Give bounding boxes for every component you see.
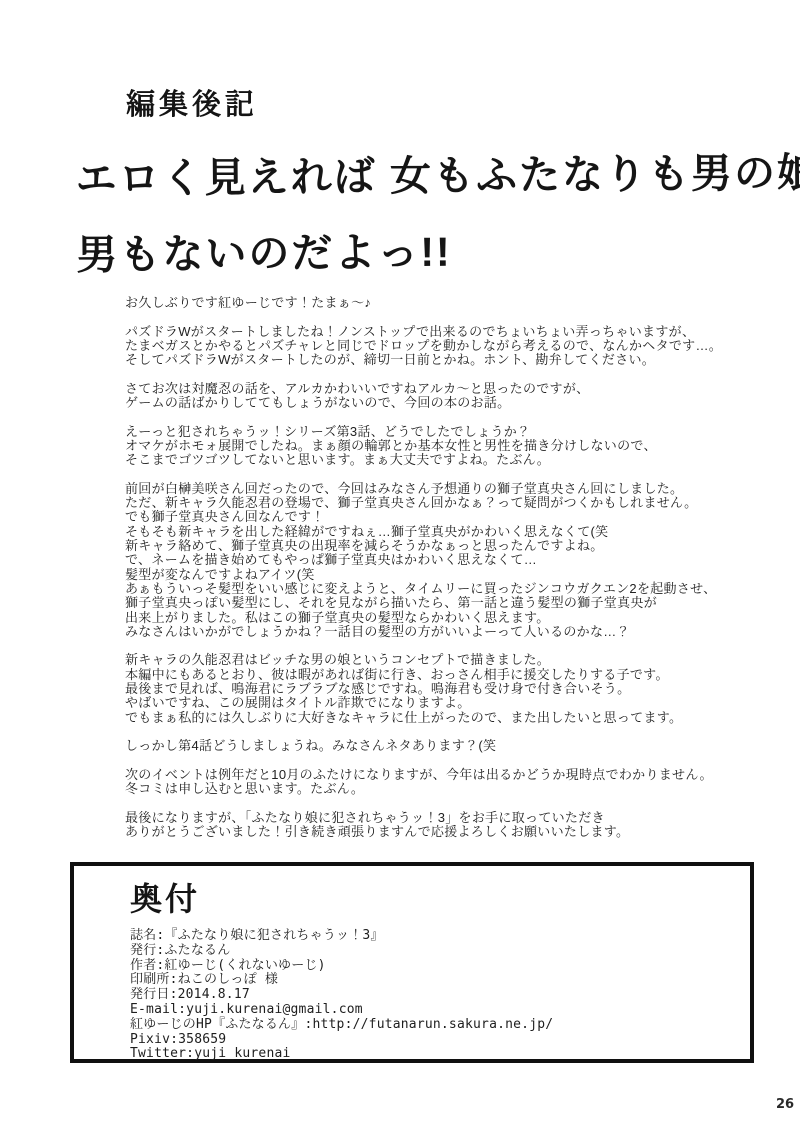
body-text-line: 冬コミは申し込むと思います。たぶん。 (125, 782, 722, 796)
body-text-line: 新キャラの久能忍君はビッチな男の娘というコンセプトで描きました。 (125, 653, 722, 667)
body-text-line: そしてパズドラWがスタートしたのが、締切一日前とかね。ホント、勘弁してください。 (125, 353, 722, 367)
body-text-line: 最後まで見れば、鳴海君にラブラブな感じですね。鳴海君も受け身で付き合いそう。 (125, 682, 722, 696)
body-text-line (125, 639, 722, 653)
handwritten-headline: エロく見えれば 女もふたなりも男の娘も 男もないのだよっ!! (75, 135, 776, 293)
body-text-line: そこまでゴツゴツしてないと思います。まぁ大丈夫ですよね。たぶん。 (125, 453, 722, 467)
body-text-line: たまベガスとかやるとパズチャレと同じでドロップを動かしながら考えるので、なんかヘ… (125, 339, 722, 353)
body-text-line: 次のイベントは例年だと10月のふたけになりますが、今年は出るかどうか現時点でわか… (125, 768, 722, 782)
colophon-line: 印刷所:ねこのしっぽ 様 (130, 973, 750, 988)
body-text-line: 獅子堂真央っぽい髪型にし、それを見ながら描いたら、第一話と違う髪型の獅子堂真央が (125, 596, 722, 610)
section-title: 編集後記 (126, 82, 258, 123)
colophon-line: 発行:ふたなるん (130, 944, 750, 959)
body-text-line: あぁもういっそ髪型をいい感じに変えようと、タイムリーに買ったジンコウガクエン2を… (125, 582, 722, 596)
body-text-line: えーっと犯されちゃうッ！シリーズ第3話、どうでしたでしょうか？ (125, 425, 722, 439)
colophon-content: 奥付 誌名:『ふたなり娘に犯されちゃうッ！3』発行:ふたなるん作者:紅ゆーじ(く… (74, 866, 750, 1062)
body-text-line: しっかし第4話どうしましょうね。みなさんネタあります？(笑 (125, 739, 722, 753)
body-text-line: 前回が白榊美咲さん回だったので、今回はみなさん予想通りの獅子堂真央さん回にしまし… (125, 482, 722, 496)
afterword-body-text: お久しぶりです紅ゆーじです！たまぁ～♪ パズドラWがスタートしましたね！ノンスト… (125, 296, 722, 839)
body-text-line: でも獅子堂真央さん回なんです！ (125, 510, 722, 524)
body-text-line: みなさんはいかがでしょうかね？一話目の髪型の方がいいよーって人いるのかな…？ (125, 625, 722, 639)
body-text-line: お久しぶりです紅ゆーじです！たまぁ～♪ (125, 296, 722, 310)
body-text-line: 出来上がりました。私はこの獅子堂真央の髪型ならかわいく思えます。 (125, 611, 722, 625)
body-text-line: でもまぁ私的には久しぶりに大好きなキャラに仕上がったので、また出したいと思ってま… (125, 711, 722, 725)
body-text-line: ただ、新キャラ久能忍君の登場で、獅子堂真央さん回かなぁ？って疑問がつくかもしれま… (125, 496, 722, 510)
body-text-line: 髪型が変なんですよねアイツ(笑 (125, 568, 722, 582)
colophon-list: 誌名:『ふたなり娘に犯されちゃうッ！3』発行:ふたなるん作者:紅ゆーじ(くれない… (130, 929, 750, 1062)
body-text-line: やばいですね、この展開はタイトル詐欺でになりますよ。 (125, 696, 722, 710)
body-text-line: ゲームの話ばかりしててもしょうがないので、今回の本のお話。 (125, 396, 722, 410)
colophon-box: 奥付 誌名:『ふたなり娘に犯されちゃうッ！3』発行:ふたなるん作者:紅ゆーじ(く… (70, 862, 754, 1063)
colophon-line: Pixiv:358659 (130, 1033, 750, 1048)
colophon-line: 発行日:2014.8.17 (130, 988, 750, 1003)
headline-line-1: エロく見えれば 女もふたなりも男の娘も (75, 135, 776, 217)
body-text-line: さてお次は対魔忍の話を、アルカかわいいですねアルカ～と思ったのですが、 (125, 382, 722, 396)
headline-line-2: 男もないのだよっ!! (76, 211, 777, 293)
body-text-line: で、ネームを描き始めてもやっぱ獅子堂真央はかわいく思えなくて… (125, 553, 722, 567)
colophon-line: 紅ゆーじのHP『ふたなるん』:http://futanarun.sakura.n… (130, 1018, 750, 1033)
body-text-line: ありがとうございました！引き続き頑張りますんで応援よろしくお願いいたします。 (125, 825, 722, 839)
colophon-line: 誌名:『ふたなり娘に犯されちゃうッ！3』 (130, 929, 750, 944)
body-text-line (125, 468, 722, 482)
colophon-line: Twitter:yuji_kurenai (130, 1047, 750, 1062)
body-text-line: パズドラWがスタートしましたね！ノンストップで出来るのでちょいちょい弄っちゃいま… (125, 325, 722, 339)
body-text-line (125, 796, 722, 810)
body-text-line (125, 754, 722, 768)
colophon-line: E-mail:yuji.kurenai@gmail.com (130, 1003, 750, 1018)
body-text-line (125, 367, 722, 381)
page-number: 26 (776, 1097, 794, 1112)
body-text-line: 最後になりますが、「ふたなり娘に犯されちゃうッ！3」をお手に取っていただき (125, 811, 722, 825)
body-text-line (125, 310, 722, 324)
body-text-line (125, 410, 722, 424)
afterword-page: 編集後記 エロく見えれば 女もふたなりも男の娘も 男もないのだよっ!! お久しぶ… (0, 0, 800, 1130)
body-text-line: 新キャラ絡めて、獅子堂真央の出現率を減らそうかなぁっと思ったんですよね。 (125, 539, 722, 553)
colophon-title: 奥付 (130, 874, 750, 920)
body-text-line: そもそも新キャラを出した経緯がですねぇ…獅子堂真央がかわいく思えなくて(笑 (125, 525, 722, 539)
body-text-line: オマケがホモォ展開でしたね。まぁ顔の輪郭とか基本女性と男性を描き分けしないので、 (125, 439, 722, 453)
body-text-line: 本編中にもあるとおり、彼は暇があれば街に行き、おっさん相手に援交したりする子です… (125, 668, 722, 682)
body-text-line (125, 725, 722, 739)
